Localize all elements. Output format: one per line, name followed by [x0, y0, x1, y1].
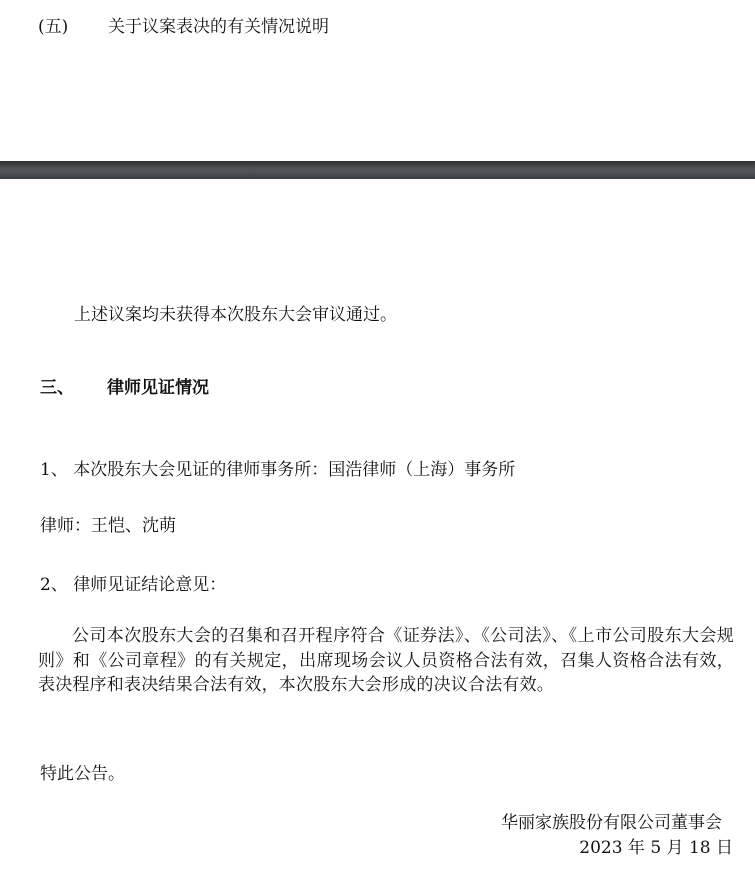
law-firm-item: 1、 本次股东大会见证的律师事务所：国浩律师（上海）事务所 — [40, 455, 515, 480]
section-title: 关于议案表决的有关情况说明 — [108, 12, 329, 37]
lawyers-line: 律师：王恺、沈萌 — [40, 511, 176, 536]
conclusion-paragraph: 公司本次股东大会的召集和召开程序符合《证券法》、《公司法》、《上市公司股东大会规… — [38, 624, 734, 698]
page-break-divider — [0, 161, 755, 179]
section-number: (五) — [38, 12, 68, 37]
signature-date: 2023 年 5 月 18 日 — [579, 833, 733, 858]
result-statement: 上述议案均未获得本次股东大会审议通过。 — [74, 300, 397, 325]
signature-organization: 华丽家族股份有限公司董事会 — [501, 808, 722, 833]
conclusion-heading: 2、 律师见证结论意见： — [40, 570, 226, 595]
closing-line: 特此公告。 — [40, 759, 125, 784]
section-title: 律师见证情况 — [107, 373, 209, 398]
section-number: 三、 — [40, 373, 74, 398]
